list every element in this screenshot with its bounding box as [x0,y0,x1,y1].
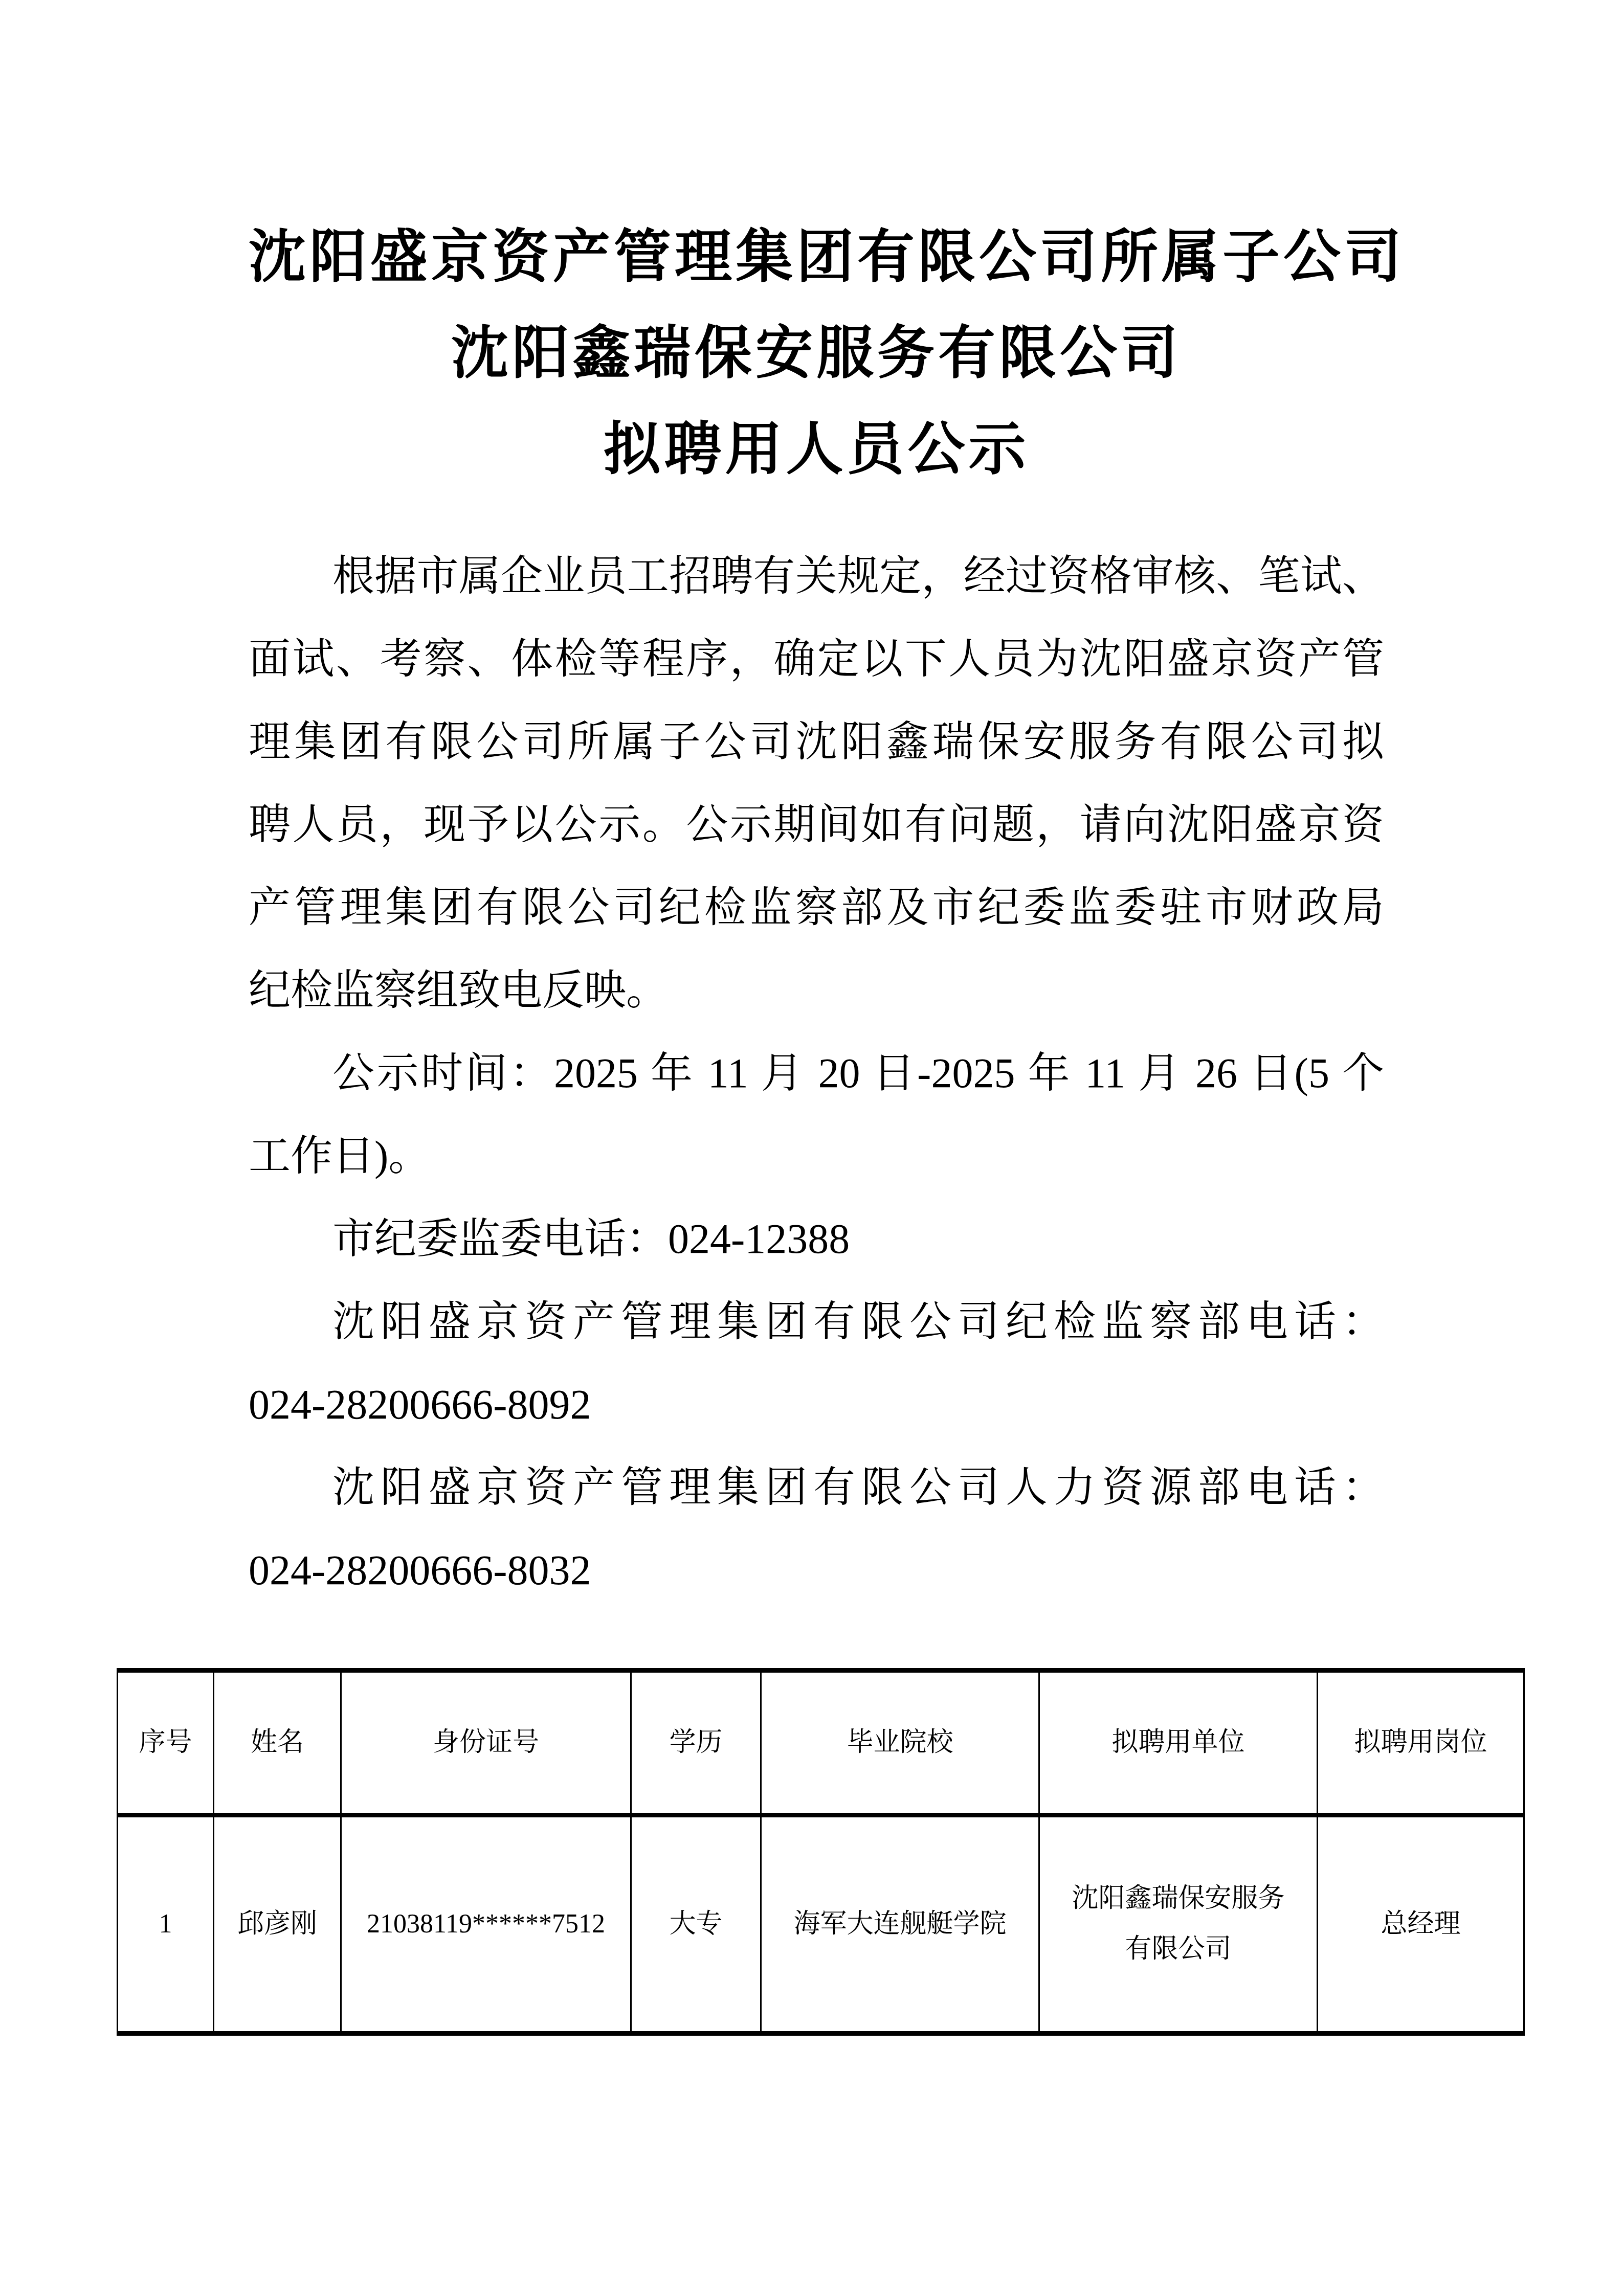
body-line: 根据市属企业员工招聘有关规定，经过资格审核、笔试、 [249,535,1384,618]
cell-unit: 沈阳鑫瑞保安服务 有限公司 [1039,1815,1318,2034]
column-header-name: 姓名 [214,1671,341,1815]
body-text: 根据市属企业员工招聘有关规定，经过资格审核、笔试、 面试、考察、体检等程序，确定… [249,535,1384,1612]
column-header-education: 学历 [631,1671,761,1815]
document-title-line-1: 沈阳盛京资产管理集团有限公司所属子公司 [249,210,1384,306]
column-header-unit: 拟聘用单位 [1039,1671,1318,1815]
body-line: 面试、考察、体检等程序，确定以下人员为沈阳盛京资产管 [249,618,1384,701]
cell-unit-line-1: 沈阳鑫瑞保安服务 [1047,1874,1309,1924]
column-header-position: 拟聘用岗位 [1318,1671,1524,1815]
document-title: 沈阳盛京资产管理集团有限公司所属子公司 沈阳鑫瑞保安服务有限公司 拟聘用人员公示 [249,210,1384,498]
cell-no: 1 [118,1815,214,2034]
table-row: 1 邱彦刚 21038119******7512 大专 海军大连舰艇学院 沈阳鑫… [118,1815,1524,2034]
body-line-hr-dept-phone-label: 沈阳盛京资产管理集团有限公司人力资源部电话： [249,1446,1384,1529]
cell-position: 总经理 [1318,1815,1524,2034]
body-line-discipline-dept-phone-number: 024-28200666-8092 [249,1363,1384,1446]
body-line: 理集团有限公司所属子公司沈阳鑫瑞保安服务有限公司拟 [249,701,1384,783]
column-header-id-number: 身份证号 [341,1671,631,1815]
document-title-line-2: 沈阳鑫瑞保安服务有限公司 [249,306,1384,402]
body-line-commission-phone: 市纪委监委电话：024-12388 [249,1198,1384,1280]
body-line-discipline-dept-phone-label: 沈阳盛京资产管理集团有限公司纪检监察部电话： [249,1280,1384,1363]
body-line: 工作日)。 [249,1115,1384,1198]
personnel-table: 序号 姓名 身份证号 学历 毕业院校 拟聘用单位 拟聘用岗位 1 邱彦刚 210… [117,1668,1525,2036]
body-line: 纪检监察组致电反映。 [249,949,1384,1032]
cell-school: 海军大连舰艇学院 [761,1815,1039,2034]
cell-unit-line-2: 有限公司 [1047,1924,1309,1975]
document-text-block: 沈阳盛京资产管理集团有限公司所属子公司 沈阳鑫瑞保安服务有限公司 拟聘用人员公示… [249,210,1384,1612]
cell-education: 大专 [631,1815,761,2034]
cell-name: 邱彦刚 [214,1815,341,2034]
body-line: 产管理集团有限公司纪检监察部及市纪委监委驻市财政局 [249,866,1384,949]
cell-id-number: 21038119******7512 [341,1815,631,2034]
column-header-school: 毕业院校 [761,1671,1039,1815]
column-header-no: 序号 [118,1671,214,1815]
table-header-row: 序号 姓名 身份证号 学历 毕业院校 拟聘用单位 拟聘用岗位 [118,1671,1524,1815]
body-line: 聘人员，现予以公示。公示期间如有问题，请向沈阳盛京资 [249,783,1384,866]
body-line-hr-dept-phone-number: 024-28200666-8032 [249,1529,1384,1612]
body-line-publicity-period: 公示时间：2025 年 11 月 20 日-2025 年 11 月 26 日(5… [249,1032,1384,1115]
document-title-line-3: 拟聘用人员公示 [249,402,1384,498]
document-page: 沈阳盛京资产管理集团有限公司所属子公司 沈阳鑫瑞保安服务有限公司 拟聘用人员公示… [0,0,1624,2296]
